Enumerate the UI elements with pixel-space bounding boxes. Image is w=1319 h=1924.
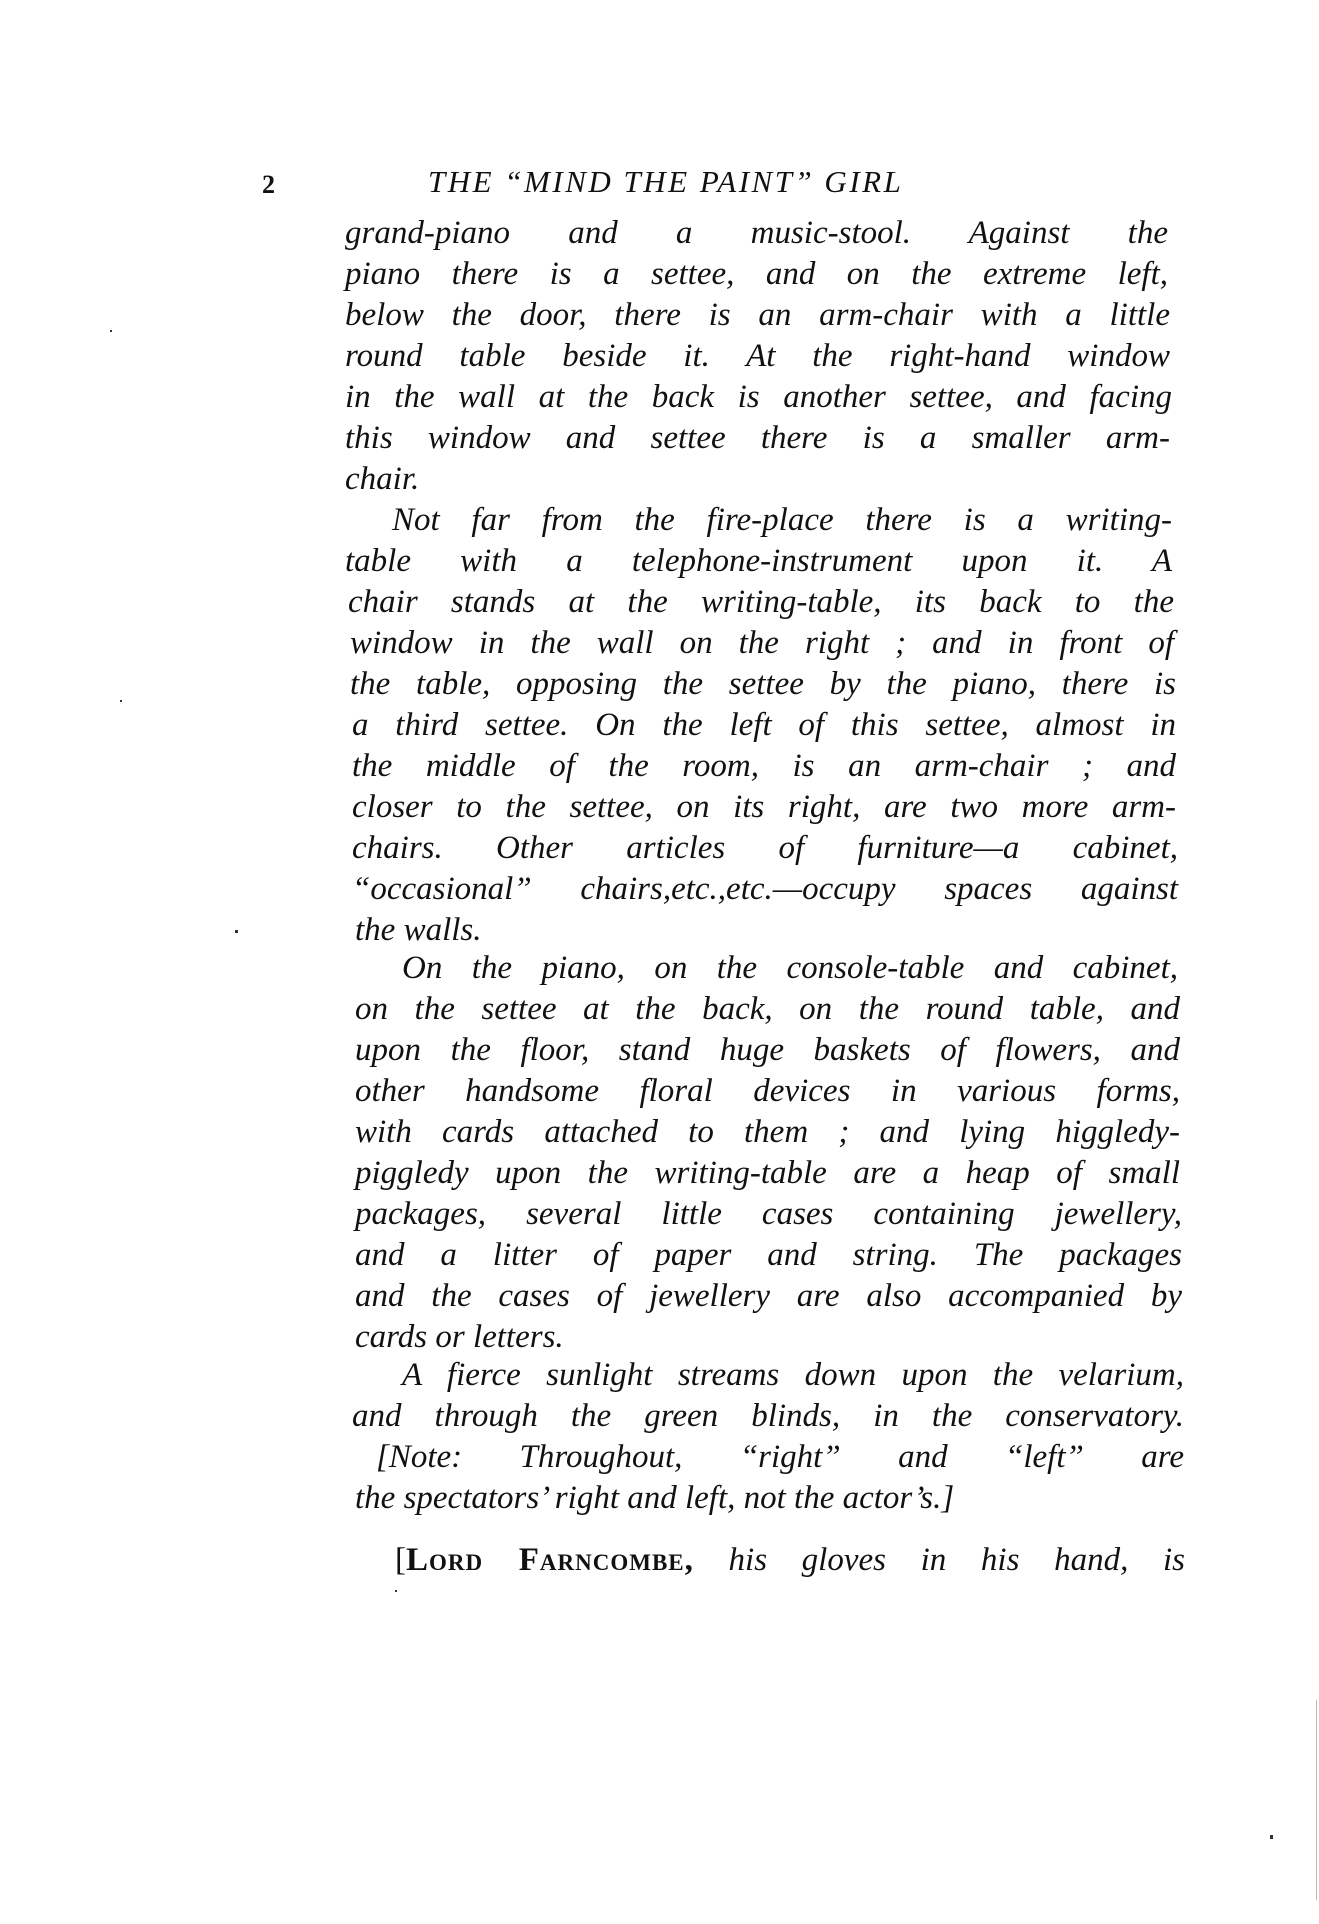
text-line: on the settee at the back, on the round … (355, 989, 1180, 1029)
opening-bracket: [ (395, 1542, 406, 1578)
scan-speck (1316, 1700, 1317, 1900)
text-line: the table, opposing the settee by the pi… (350, 664, 1176, 704)
scan-speck (395, 1590, 397, 1592)
stage-direction-text: his gloves in his hand, is (729, 1542, 1185, 1578)
text-line: piano there is a settee, and on the extr… (345, 254, 1168, 294)
page-number: 2 (262, 170, 275, 200)
text-line: the middle of the room, is an arm-chair … (352, 746, 1176, 786)
text-line: window in the wall on the right ; and in… (350, 623, 1174, 663)
text-line: closer to the settee, on its right, are … (352, 787, 1176, 827)
text-line: On the piano, on the console-table and c… (402, 948, 1178, 988)
text-line: upon the floor, stand huge baskets of fl… (355, 1030, 1180, 1070)
text-line: chair. (345, 459, 445, 499)
scan-speck (1270, 1835, 1273, 1839)
text-line: chair stands at the writing-table, its b… (348, 582, 1174, 622)
text-line: cards or letters. (355, 1317, 585, 1357)
text-line: below the door, there is an arm-chair wi… (345, 295, 1170, 335)
scan-speck (235, 930, 238, 933)
text-line: and the cases of jewellery are also acco… (355, 1276, 1182, 1316)
text-line: chairs. Other articles of furniture—a ca… (352, 828, 1178, 868)
text-line: piggledy upon the writing-table are a he… (355, 1153, 1180, 1193)
text-line: this window and settee there is a smalle… (345, 418, 1170, 458)
text-line: the walls. (355, 910, 505, 950)
text-line: a third settee. On the left of this sett… (352, 705, 1176, 745)
text-line: and through the green blinds, in the con… (352, 1396, 1184, 1436)
text-line: A fierce sunlight streams down upon the … (402, 1355, 1184, 1395)
text-line: Not far from the fire-place there is a w… (392, 500, 1172, 540)
stage-direction-line: [Lord Farncombe, his gloves in his hand,… (395, 1540, 1185, 1580)
text-line: the spectators’ right and left, not the … (355, 1478, 975, 1518)
scan-speck (110, 330, 112, 332)
text-line: packages, several little cases containin… (355, 1194, 1182, 1234)
scan-speck (120, 700, 122, 702)
text-line: other handsome floral devices in various… (355, 1071, 1180, 1111)
text-line: “occasional” chairs,etc.,etc.—occupy spa… (352, 869, 1178, 909)
text-line: table with a telephone-instrument upon i… (345, 541, 1172, 581)
character-name: Lord Farncombe, (406, 1542, 694, 1578)
text-line: [Note: Throughout, “right” and “left” ar… (376, 1437, 1184, 1477)
text-line: with cards attached to them ; and lying … (355, 1112, 1180, 1152)
book-page: 2 THE “MIND THE PAINT” GIRL grand-piano … (0, 0, 1319, 1924)
running-title: THE “MIND THE PAINT” GIRL (428, 164, 1008, 200)
text-line: in the wall at the back is another sette… (345, 377, 1172, 417)
text-line: grand-piano and a music-stool. Against t… (345, 213, 1168, 253)
text-line: and a litter of paper and string. The pa… (355, 1235, 1182, 1275)
text-line: round table beside it. At the right-hand… (345, 336, 1170, 376)
